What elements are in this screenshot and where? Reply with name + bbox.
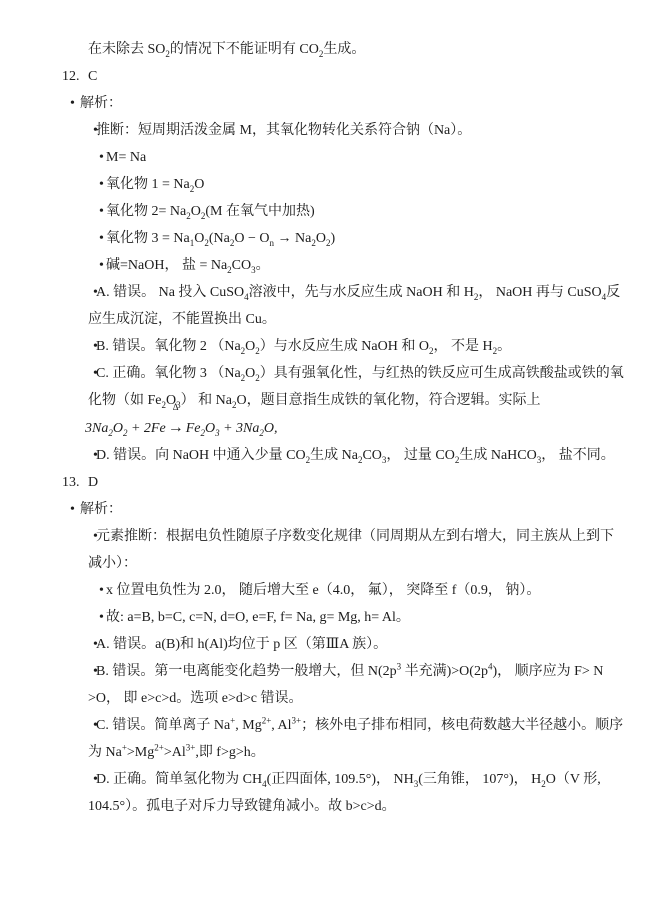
bullet-text: B. 错误。第一电离能变化趋势一般增大，但 N(2p3 半充满)>O(2p4)，… [88, 664, 603, 706]
bullet-text: A. 错误。 Na 投入 CuSO4溶液中，先与水反应生成 NaOH 和 H2，… [88, 285, 620, 327]
chemical-equation: 3Na2O2 + 2FeΔ→Fe2O3 + 3Na2O, [62, 414, 626, 442]
bullet-text: 推断：短周期活泼金属 M，其氧化物转化关系符合钠（Na）。 [96, 123, 471, 138]
bullet-icon: • [85, 333, 98, 360]
bullet-text: 解析： [80, 502, 122, 517]
bullet-item: •D. 正确。简单氢化物为 CH4(正四面体, 109.5°)， NH3(三角锥… [62, 766, 626, 820]
bullet-icon: • [85, 442, 98, 469]
bullet-item: •x 位置电负性为 2.0， 随后增大至 e（4.0， 氟）， 突降至 f（0.… [62, 577, 626, 604]
question-number: 12. [62, 63, 88, 90]
bullet-icon: • [70, 496, 75, 523]
bullet-item: •解析： [62, 496, 626, 523]
bullet-icon: • [85, 360, 98, 387]
bullet-icon: • [99, 577, 104, 604]
bullet-item: •故: a=B, b=C, c=N, d=O, e=F, f= Na, g= M… [62, 604, 626, 631]
bullet-text: M= Na [106, 150, 146, 165]
question-number: 13. [62, 469, 88, 496]
bullet-text: 元素推断：根据电负性随原子序数变化规律（同周期从左到右增大，同主族从上到下减小）… [88, 529, 614, 571]
delta-condition-label: Δ [173, 402, 179, 412]
bullet-text: B. 错误。氧化物 2 （Na2O2）与水反应生成 NaOH 和 O2， 不是 … [96, 339, 511, 354]
bullet-item: •C. 错误。简单离子 Na+, Mg2+, Al3+；核外电子排布相同，核电荷… [62, 712, 626, 766]
bullet-text: 氧化物 3 = Na1O2(Na2O − On → Na2O2) [106, 231, 335, 246]
bullet-item: •B. 错误。氧化物 2 （Na2O2）与水反应生成 NaOH 和 O2， 不是… [62, 333, 626, 360]
answer-letter: D [88, 475, 98, 490]
bullet-item: •A. 错误。a(B)和 h(Al)均位于 p 区（第ⅢA 族）。 [62, 631, 626, 658]
answer-letter: C [88, 69, 97, 84]
bullet-item: •M= Na [62, 144, 626, 171]
bullet-icon: • [99, 198, 104, 225]
bullet-item: •氧化物 3 = Na1O2(Na2O − On → Na2O2) [62, 225, 626, 252]
solutions-content: 在未除去 SO2的情况下不能证明有 CO2生成。12.C•解析：•推断：短周期活… [62, 36, 626, 820]
bullet-icon: • [85, 658, 98, 685]
bullet-item: •C. 正确。氧化物 3 （Na2O2）具有强氧化性，与红热的铁反应可生成高铁酸… [62, 360, 626, 414]
document-page: 在未除去 SO2的情况下不能证明有 CO2生成。12.C•解析：•推断：短周期活… [0, 0, 670, 909]
bullet-text: 氧化物 1 = Na2O [106, 177, 204, 192]
bullet-text: 解析： [80, 96, 122, 111]
bullet-item: •元素推断：根据电负性随原子序数变化规律（同周期从左到右增大，同主族从上到下减小… [62, 523, 626, 577]
bullet-icon: • [85, 523, 98, 550]
bullet-text: C. 错误。简单离子 Na+, Mg2+, Al3+；核外电子排布相同，核电荷数… [88, 718, 623, 760]
bullet-icon: • [99, 252, 104, 279]
bullet-item: •D. 错误。向 NaOH 中通入少量 CO2生成 Na2CO3， 过量 CO2… [62, 442, 626, 469]
bullet-item: •氧化物 1 = Na2O [62, 171, 626, 198]
bullet-icon: • [99, 225, 104, 252]
bullet-text: A. 错误。a(B)和 h(Al)均位于 p 区（第ⅢA 族）。 [96, 637, 387, 652]
bullet-item: •A. 错误。 Na 投入 CuSO4溶液中，先与水反应生成 NaOH 和 H2… [62, 279, 626, 333]
bullet-icon: • [85, 117, 98, 144]
bullet-item: •碱=NaOH， 盐 = Na2CO3。 [62, 252, 626, 279]
bullet-item: •氧化物 2= Na2O2(M 在氧气中加热) [62, 198, 626, 225]
bullet-icon: • [85, 279, 98, 306]
bullet-item: •推断：短周期活泼金属 M，其氧化物转化关系符合钠（Na）。 [62, 117, 626, 144]
bullet-icon: • [99, 144, 104, 171]
bullet-icon: • [99, 604, 104, 631]
bullet-text: 故: a=B, b=C, c=N, d=O, e=F, f= Na, g= Mg… [106, 610, 410, 625]
bullet-item: •B. 错误。第一电离能变化趋势一般增大，但 N(2p3 半充满)>O(2p4)… [62, 658, 626, 712]
bullet-text: D. 正确。简单氢化物为 CH4(正四面体, 109.5°)， NH3(三角锥，… [88, 772, 601, 814]
bullet-icon: • [85, 631, 98, 658]
bullet-text: C. 正确。氧化物 3 （Na2O2）具有强氧化性，与红热的铁反应可生成高铁酸盐… [88, 366, 624, 408]
bullet-text: D. 错误。向 NaOH 中通入少量 CO2生成 Na2CO3， 过量 CO2生… [96, 448, 615, 463]
question-answer-heading: 12.C [62, 63, 626, 90]
bullet-icon: • [85, 766, 98, 793]
bullet-icon: • [85, 712, 98, 739]
bullet-item: •解析： [62, 90, 626, 117]
bullet-icon: • [70, 90, 75, 117]
equation-lhs: 3Na2O2 + 2Fe [85, 421, 166, 436]
bullet-icon: • [99, 171, 104, 198]
paragraph-text: 在未除去 SO2的情况下不能证明有 CO2生成。 [88, 42, 365, 57]
question-answer-heading: 13.D [62, 469, 626, 496]
bullet-text: x 位置电负性为 2.0， 随后增大至 e（4.0， 氟）， 突降至 f（0.9… [106, 583, 540, 598]
equation-rhs: Fe2O3 + 3Na2O, [186, 421, 278, 436]
reaction-arrow-icon: Δ→ [168, 414, 184, 441]
paragraph: 在未除去 SO2的情况下不能证明有 CO2生成。 [62, 36, 626, 63]
bullet-text: 氧化物 2= Na2O2(M 在氧气中加热) [106, 204, 315, 219]
bullet-text: 碱=NaOH， 盐 = Na2CO3。 [106, 258, 270, 273]
